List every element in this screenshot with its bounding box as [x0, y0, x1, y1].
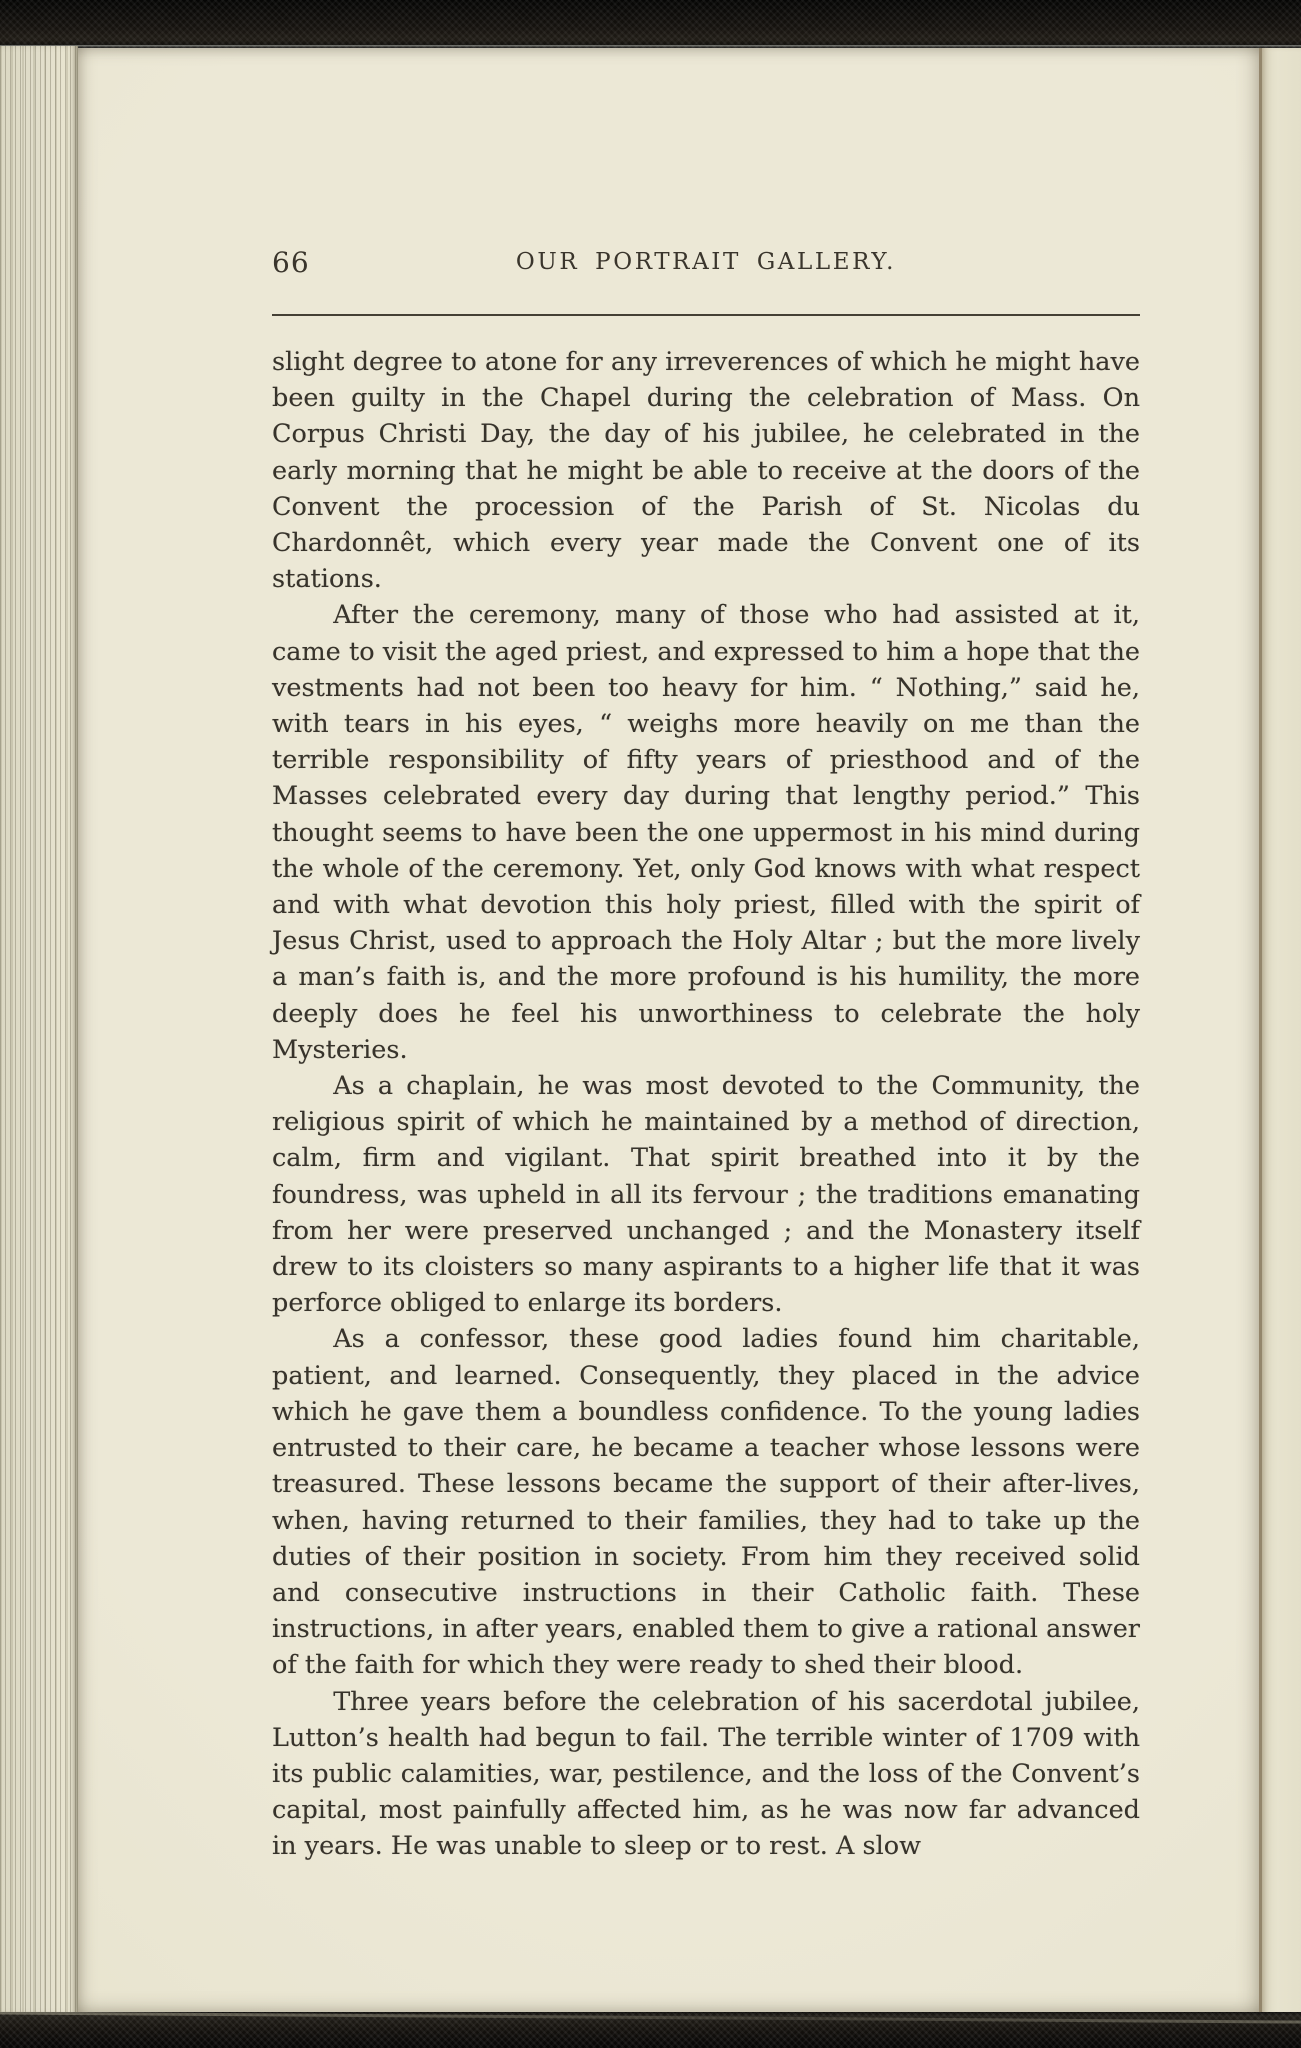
book-cover-top-edge — [0, 0, 1301, 48]
book-page: 66 OUR PORTRAIT GALLERY. slight degree t… — [78, 48, 1259, 2014]
page-surface: 66 OUR PORTRAIT GALLERY. slight degree t… — [78, 48, 1259, 2014]
running-head: 66 OUR PORTRAIT GALLERY. — [272, 246, 1140, 280]
stacked-page-edges — [0, 46, 78, 2014]
running-title: OUR PORTRAIT GALLERY. — [272, 249, 1140, 275]
page-body-text: slight degree to atone for any irreveren… — [272, 344, 1140, 1865]
adjacent-page-edge — [1259, 48, 1301, 2014]
paragraph: slight degree to atone for any irreveren… — [272, 344, 1140, 597]
scanned-book-photo: 66 OUR PORTRAIT GALLERY. slight degree t… — [0, 0, 1301, 2048]
paragraph: As a confessor, these good ladies found … — [272, 1321, 1140, 1683]
paragraph: As a chaplain, he was most devoted to th… — [272, 1068, 1140, 1321]
paragraph: Three years before the celebration of hi… — [272, 1684, 1140, 1865]
header-rule — [272, 314, 1140, 316]
paragraph: After the ceremony, many of those who ha… — [272, 597, 1140, 1068]
book-cover-bottom-edge — [0, 2012, 1301, 2048]
